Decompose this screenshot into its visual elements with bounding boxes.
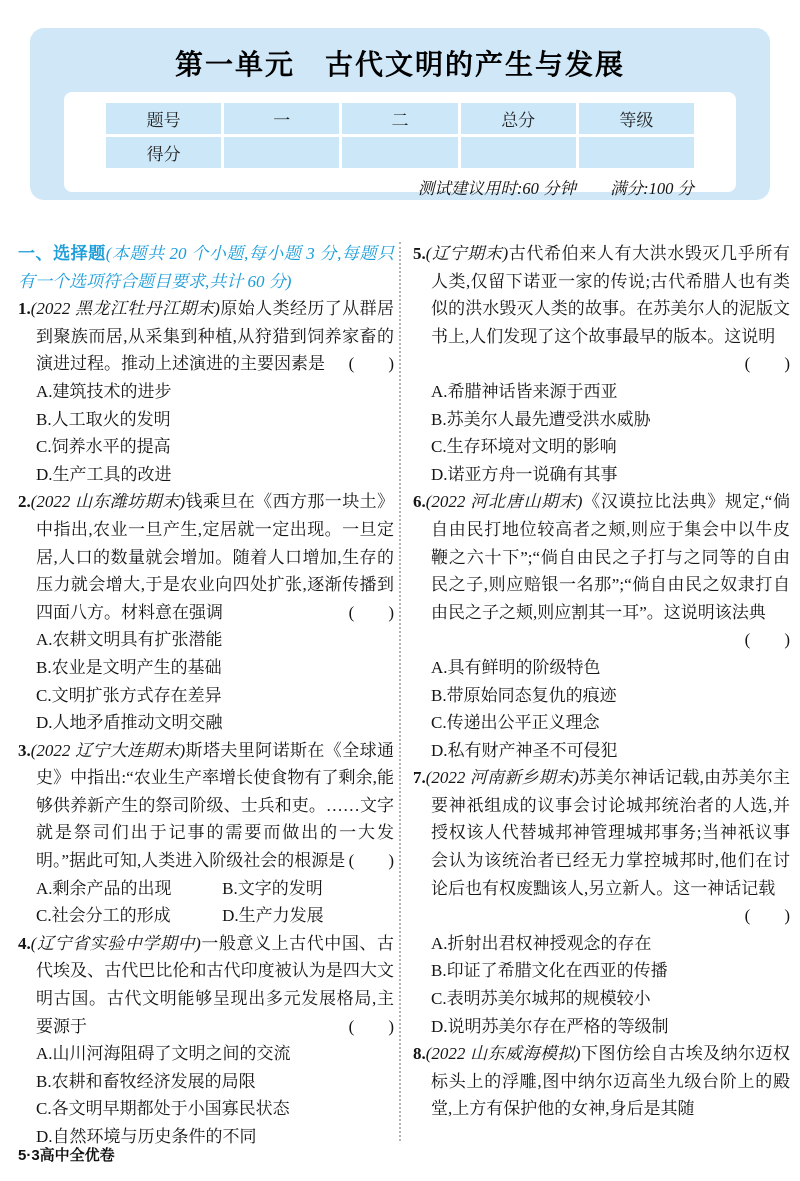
option-a: A.折射出君权神授观念的存在 [431,930,790,958]
question-stem: 2.(2022 山东潍坊期末)钱乘旦在《西方那一块土》中指出,农业一旦产生,定居… [36,488,394,626]
question-5: 5.(辽宁期末)古代希伯来人有大洪水毁灭几乎所有人类,仅留下诺亚一家的传说;古代… [413,240,790,488]
question-number: 7. [413,768,426,787]
question-source: (2022 黑龙江牡丹江期末) [31,299,220,318]
score-empty-cell [224,137,339,168]
question-3: 3.(2022 辽宁大连期末)斯塔夫里阿诺斯在《全球通史》中指出:“农业生产率增… [18,737,394,930]
full-score: 满分:100 分 [610,179,694,198]
test-note: 测试建议用时:60 分钟 满分:100 分 [106,175,694,199]
option-a: A.希腊神话皆来源于西亚 [431,378,790,406]
option-b: B.印证了希腊文化在西亚的传播 [431,957,790,985]
question-source: (2022 辽宁大连期末) [31,741,185,760]
question-stem: 5.(辽宁期末)古代希伯来人有大洪水毁灭几乎所有人类,仅留下诺亚一家的传说;古代… [431,240,790,350]
option-a: A.具有鲜明的阶级特色 [431,654,790,682]
question-text: 斯塔夫里阿诺斯在《全球通史》中指出:“农业生产率增长使食物有了剩余,能够供养新产… [36,741,394,870]
brand-footer: 5·3高中全优卷 [18,1144,115,1165]
score-box: 题号 一 二 总分 等级 得分 测试建议用时:60 分钟 满分:100 分 [64,92,736,192]
score-label-cell: 得分 [106,137,221,168]
option-c: C.文明扩张方式存在差异 [36,682,394,710]
option-b: B.苏美尔人最先遭受洪水威胁 [431,406,790,434]
options-list: A.具有鲜明的阶级特色 B.带原始同态复仇的痕迹 C.传递出公平正义理念 D.私… [431,654,790,764]
option-d: D.人地矛盾推动文明交融 [36,709,394,737]
question-number: 5. [413,244,426,263]
option-a: A.山川河海阻碍了文明之间的交流 [36,1040,394,1068]
options-list: A.建筑技术的进步 B.人工取火的发明 C.饲养水平的提高 D.生产工具的改进 [36,378,394,488]
option-b: B.人工取火的发明 [36,406,394,434]
section-heading: 一、选择题(本题共 20 个小题,每小题 3 分,每题只有一个选项符合题目要求,… [18,240,394,295]
score-table-header-cell: 等级 [579,103,694,134]
section-title: 一、选择题 [18,244,106,263]
answer-bracket: ( ) [763,902,790,930]
question-source: (2022 河北唐山期末) [426,492,583,511]
answer-bracket: ( ) [367,1013,394,1041]
exam-page: 第一单元 古代文明的产生与发展 题号 一 二 总分 等级 得分 测试建议用时:6… [0,0,800,1181]
score-empty-cell [342,137,457,168]
option-b: B.文字的发明 [222,875,394,903]
options-list: A.折射出君权神授观念的存在 B.印证了希腊文化在西亚的传播 C.表明苏美尔城邦… [431,930,790,1040]
option-c: C.饲养水平的提高 [36,433,394,461]
option-c: C.传递出公平正义理念 [431,709,790,737]
option-a: A.建筑技术的进步 [36,378,394,406]
option-d: D.诺亚方舟一说确有其事 [431,461,790,489]
header-panel: 第一单元 古代文明的产生与发展 题号 一 二 总分 等级 得分 测试建议用时:6… [30,28,770,200]
question-text: 《汉谟拉比法典》规定,“倘自由民打地位较高者之颊,则应于集会中以牛皮鞭之六十下”… [431,492,790,621]
option-b: B.带原始同态复仇的痕迹 [431,682,790,710]
answer-bracket: ( ) [367,599,394,627]
score-table: 题号 一 二 总分 等级 得分 [106,103,694,168]
option-c: C.生存环境对文明的影响 [431,433,790,461]
question-source: (2022 山东潍坊期末) [31,492,185,511]
answer-bracket: ( ) [367,847,394,875]
question-4: 4.(辽宁省实验中学期中)一般意义上古代中国、古代埃及、古代巴比伦和古代印度被认… [18,930,394,1151]
question-stem: 6.(2022 河北唐山期末)《汉谟拉比法典》规定,“倘自由民打地位较高者之颊,… [431,488,790,626]
score-table-header-cell: 二 [342,103,457,134]
option-c: C.各文明早期都处于小国寡民状态 [36,1095,394,1123]
score-table-header-cell: 题号 [106,103,221,134]
question-number: 8. [413,1044,426,1063]
answer-bracket: ( ) [367,350,394,378]
question-2: 2.(2022 山东潍坊期末)钱乘旦在《西方那一块土》中指出,农业一旦产生,定居… [18,488,394,736]
question-6: 6.(2022 河北唐山期末)《汉谟拉比法典》规定,“倘自由民打地位较高者之颊,… [413,488,790,764]
question-stem: 1.(2022 黑龙江牡丹江期末)原始人类经历了从群居到聚族而居,从采集到种植,… [36,295,394,378]
content-area: 一、选择题(本题共 20 个小题,每小题 3 分,每题只有一个选项符合题目要求,… [18,240,790,1151]
option-a: A.农耕文明具有扩张潜能 [36,626,394,654]
question-text: 钱乘旦在《西方那一块土》中指出,农业一旦产生,定居就一定出现。一旦定居,人口的数… [36,492,394,621]
option-d: D.私有财产神圣不可侵犯 [431,737,790,765]
left-column: 一、选择题(本题共 20 个小题,每小题 3 分,每题只有一个选项符合题目要求,… [18,240,399,1151]
option-c: C.社会分工的形成 [36,902,222,930]
question-stem: 4.(辽宁省实验中学期中)一般意义上古代中国、古代埃及、古代巴比伦和古代印度被认… [36,930,394,1040]
page-title: 第一单元 古代文明的产生与发展 [30,28,770,83]
option-b: B.农业是文明产生的基础 [36,654,394,682]
question-number: 4. [18,934,31,953]
question-1: 1.(2022 黑龙江牡丹江期末)原始人类经历了从群居到聚族而居,从采集到种植,… [18,295,394,488]
question-text: 苏美尔神话记载,由苏美尔主要神祇组成的议事会讨论城邦统治者的人选,并授权该人代替… [431,768,790,897]
question-source: (2022 山东威海模拟) [426,1044,581,1063]
options-list: A.山川河海阻碍了文明之间的交流 B.农耕和畜牧经济发展的局限 C.各文明早期都… [36,1040,394,1150]
options-list: A.农耕文明具有扩张潜能 B.农业是文明产生的基础 C.文明扩张方式存在差异 D… [36,626,394,736]
options-list: A.希腊神话皆来源于西亚 B.苏美尔人最先遭受洪水威胁 C.生存环境对文明的影响… [431,378,790,488]
score-table-header-cell: 总分 [461,103,576,134]
question-stem: 3.(2022 辽宁大连期末)斯塔夫里阿诺斯在《全球通史》中指出:“农业生产率增… [36,737,394,875]
option-a: A.剩余产品的出现 [36,875,222,903]
score-table-header-cell: 一 [224,103,339,134]
question-8: 8.(2022 山东威海模拟)下图仿绘自古埃及纳尔迈权标头上的浮雕,图中纳尔迈高… [413,1040,790,1123]
right-column: 5.(辽宁期末)古代希伯来人有大洪水毁灭几乎所有人类,仅留下诺亚一家的传说;古代… [401,240,790,1151]
question-7: 7.(2022 河南新乡期末)苏美尔神话记载,由苏美尔主要神祇组成的议事会讨论城… [413,764,790,1040]
option-c: C.表明苏美尔城邦的规模较小 [431,985,790,1013]
option-d: D.生产力发展 [222,902,394,930]
option-d: D.说明苏美尔存在严格的等级制 [431,1013,790,1041]
question-source: (辽宁期末) [426,244,508,263]
question-source: (辽宁省实验中学期中) [31,934,201,953]
question-number: 1. [18,299,31,318]
question-stem: 8.(2022 山东威海模拟)下图仿绘自古埃及纳尔迈权标头上的浮雕,图中纳尔迈高… [431,1040,790,1123]
option-d: D.生产工具的改进 [36,461,394,489]
score-empty-cell [461,137,576,168]
score-empty-cell [579,137,694,168]
answer-bracket: ( ) [763,626,790,654]
question-number: 3. [18,741,31,760]
option-b: B.农耕和畜牧经济发展的局限 [36,1068,394,1096]
question-stem: 7.(2022 河南新乡期末)苏美尔神话记载,由苏美尔主要神祇组成的议事会讨论城… [431,764,790,902]
question-number: 6. [413,492,426,511]
answer-bracket: ( ) [763,350,790,378]
suggested-time: 测试建议用时:60 分钟 [418,179,576,198]
options-list: A.剩余产品的出现 B.文字的发明 C.社会分工的形成 D.生产力发展 [36,875,394,930]
question-number: 2. [18,492,31,511]
question-source: (2022 河南新乡期末) [426,768,579,787]
